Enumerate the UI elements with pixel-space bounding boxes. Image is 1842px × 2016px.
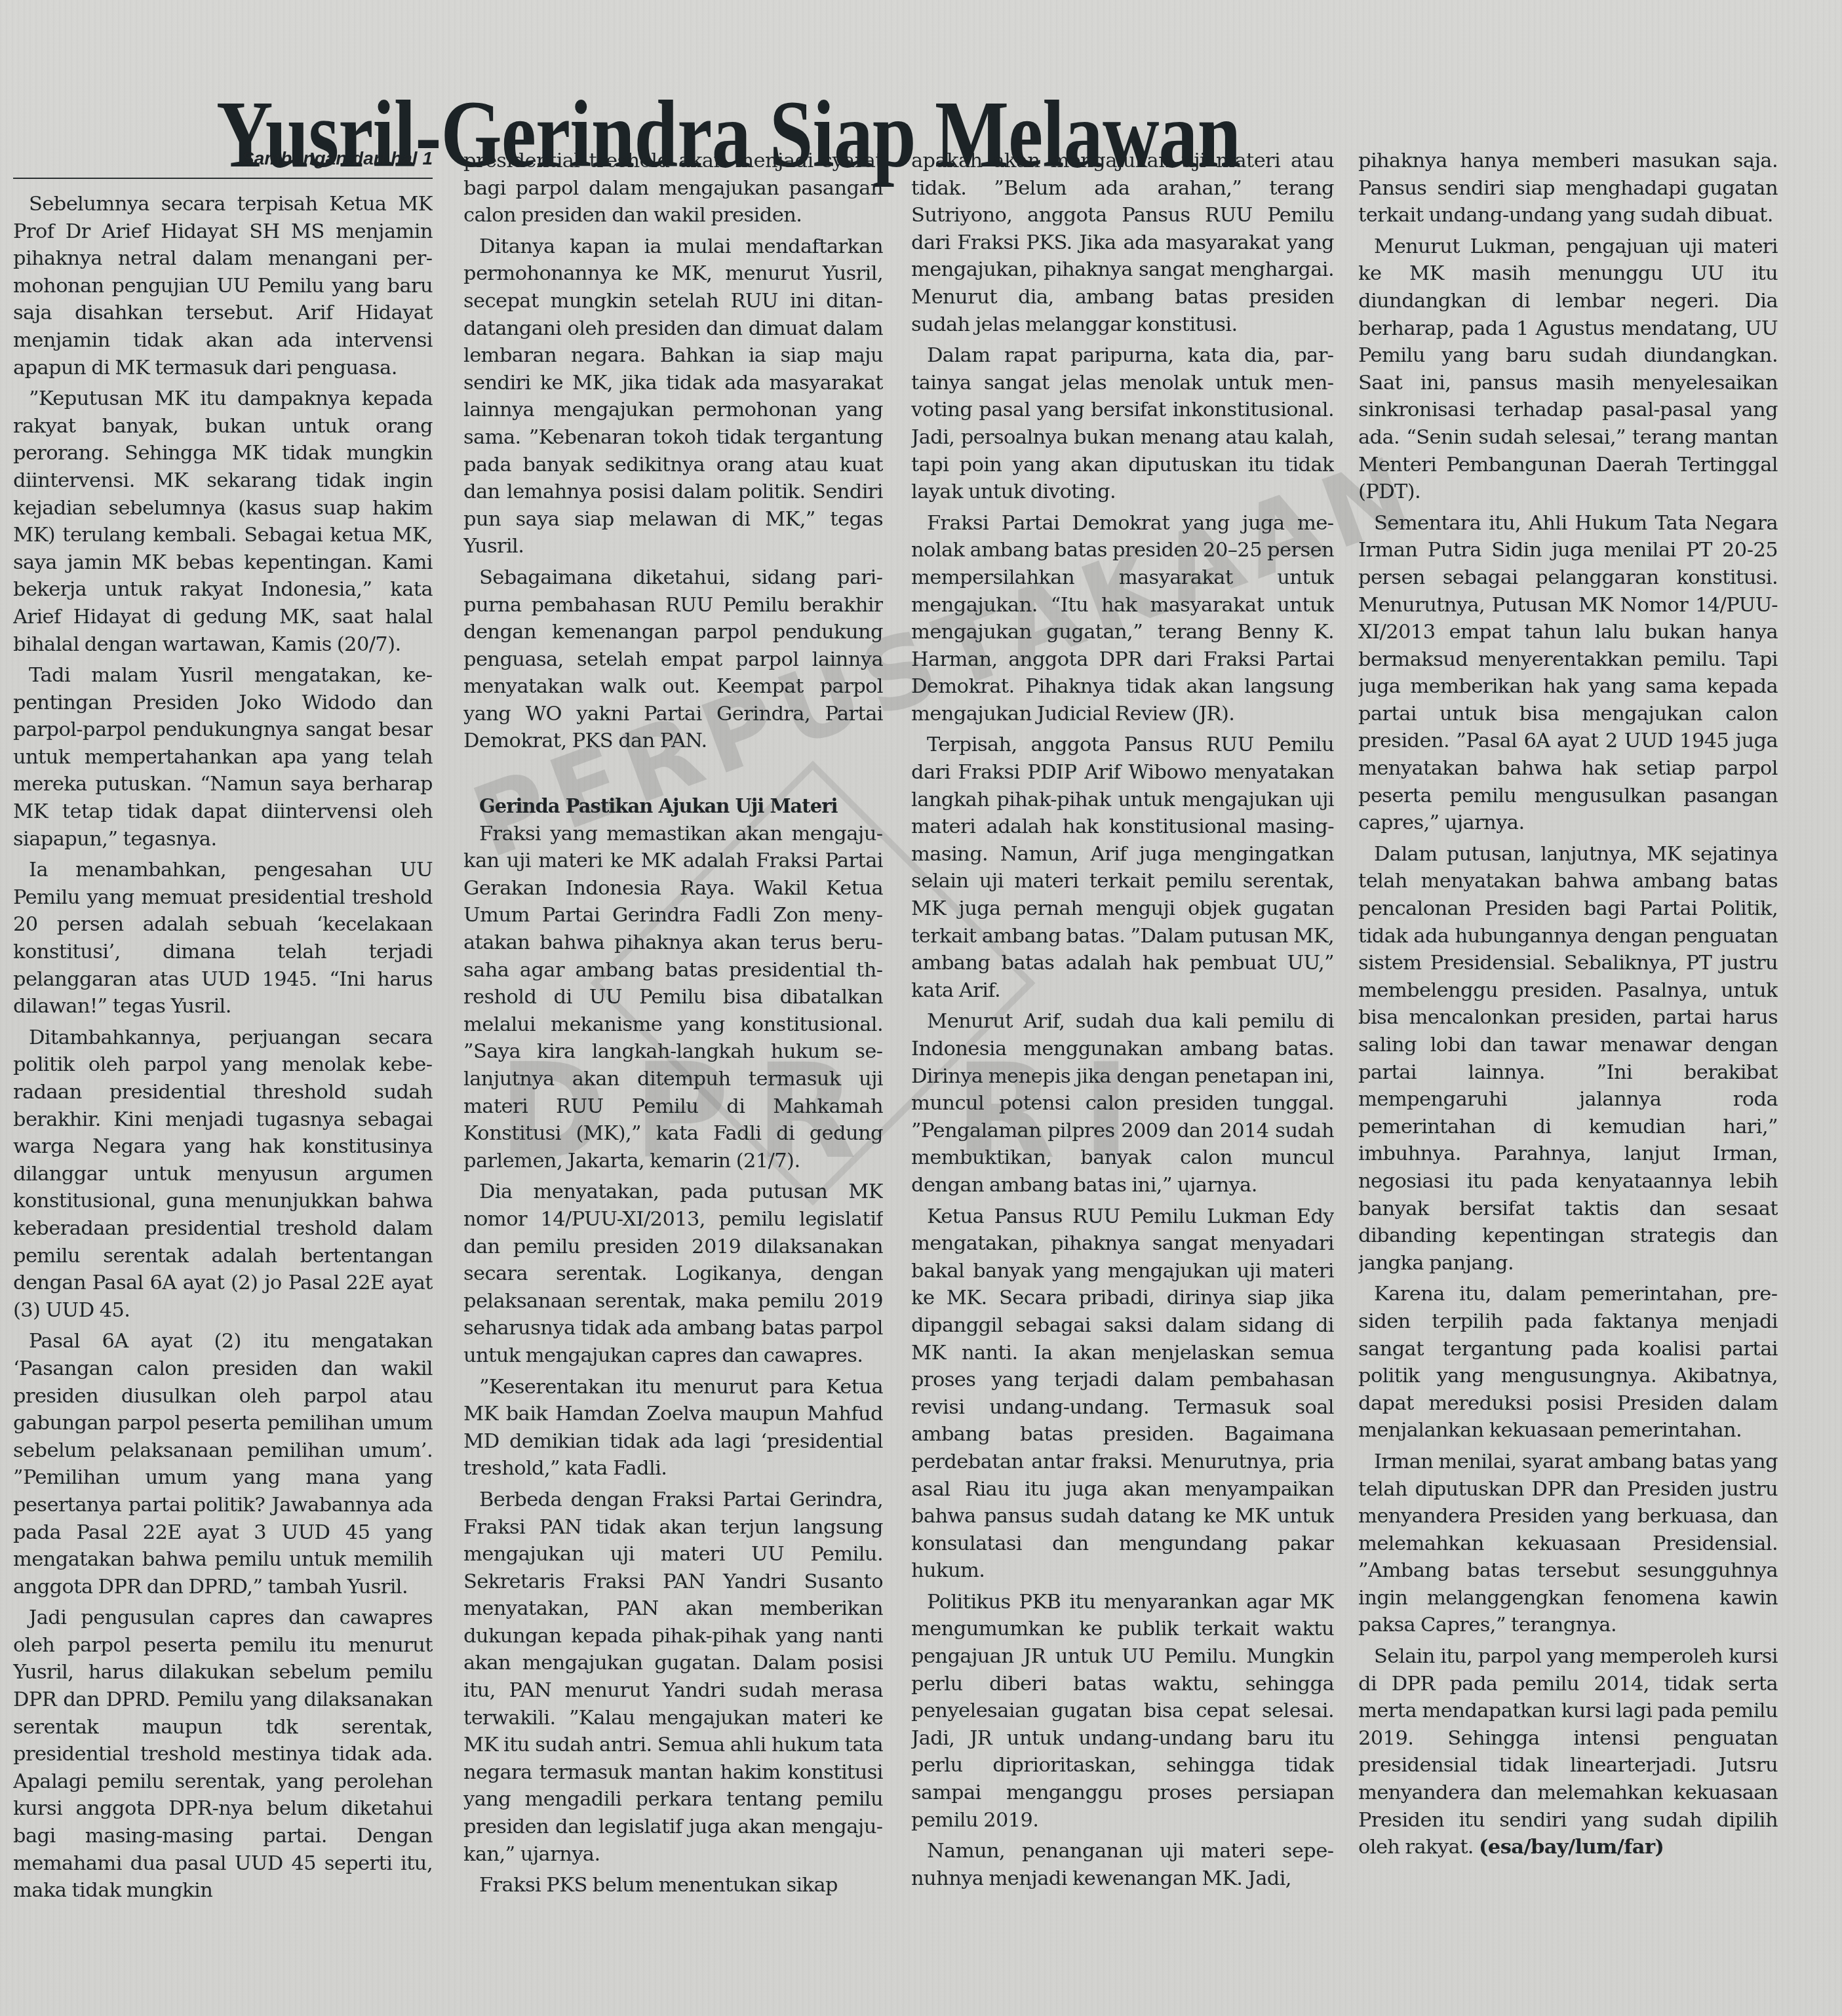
article-body: Sambungan dari hal 1 Sebelumnya secara t… xyxy=(0,147,1842,2016)
column-4: pihaknya hanya memberi masukan saja. Pan… xyxy=(1358,147,1778,2016)
paragraph: Ditanya kapan ia mulai mendaftarkan perm… xyxy=(463,233,883,560)
paragraph: Menurut Arif, sudah dua kali pemilu di I… xyxy=(911,1008,1334,1199)
paragraph: pihaknya hanya memberi masukan saja. Pan… xyxy=(1358,147,1778,229)
paragraph: Dalam putusan, lanjutnya, MK seja­tinya … xyxy=(1358,841,1778,1277)
paragraph: apakah akan mengajukan uji materi atau t… xyxy=(911,147,1334,338)
paragraph: Berbeda dengan Fraksi Partai Gerindra, F… xyxy=(463,1486,883,1868)
paragraph: Irman menilai, syarat ambang batas yang … xyxy=(1358,1448,1778,1639)
paragraph-text: Selain itu, parpol yang memperoleh kursi… xyxy=(1358,1645,1778,1859)
paragraph: Sementara itu, Ahli Hukum Tata Negara Ir… xyxy=(1358,510,1778,837)
continuation-label: Sambungan dari hal 1 xyxy=(13,147,433,179)
paragraph: Selain itu, parpol yang memperoleh kursi… xyxy=(1358,1643,1778,1861)
paragraph: Fraksi yang memastikan akan mengaju­kan … xyxy=(463,821,883,1175)
paragraph: Karena itu, dalam pemerintahan, pre­side… xyxy=(1358,1281,1778,1444)
column-3: apakah akan mengajukan uji materi atau t… xyxy=(911,147,1334,2016)
paragraph: Ketua Pansus RUU Pemilu Lukman Edy menga… xyxy=(911,1203,1334,1585)
paragraph: Ditambahkannya, perjuangan secara politi… xyxy=(13,1024,433,1325)
paragraph: presidential treshold akan menjadi sy­ar… xyxy=(463,147,883,229)
paragraph: ”Keputusan MK itu dampaknya kepa­da raky… xyxy=(13,385,433,658)
paragraph: Tadi malam Yusril mengatakan, ke­penting… xyxy=(13,662,433,853)
paragraph: Menurut Lukman, pengajuan uji ma­teri ke… xyxy=(1358,233,1778,506)
paragraph: Politikus PKB itu menyarankan agar MK me… xyxy=(911,1589,1334,1834)
column-2: presidential treshold akan menjadi sy­ar… xyxy=(463,147,883,2016)
paragraph: Sebagaimana diketahui, sidang pari­purna… xyxy=(463,564,883,755)
paragraph: ”Keserentakan itu menurut para Ketua MK … xyxy=(463,1374,883,1483)
paragraph: Dia menyatakan, pada putusan MK nomor 14… xyxy=(463,1178,883,1369)
paragraph: Fraksi Partai Demokrat yang juga me­nola… xyxy=(911,510,1334,728)
paragraph: Terpisah, anggota Pansus RUU Pemilu dari… xyxy=(911,731,1334,1004)
newspaper-page: PERPUSTAKAAN DPR RI Yusril-Gerindra Siap… xyxy=(0,0,1842,2016)
paragraph: Jadi pengusulan capres dan cawapres oleh… xyxy=(13,1604,433,1905)
column-1: Sambungan dari hal 1 Sebelumnya secara t… xyxy=(13,147,433,2016)
paragraph: Namun, penanganan uji materi sepe­nuhnya… xyxy=(911,1838,1334,1892)
subheading: Gerinda Pastikan Ajukan Uji Materi xyxy=(463,793,883,821)
paragraph: Ia menambahkan, pengesahan UU Pemilu yan… xyxy=(13,857,433,1020)
paragraph: Pasal 6A ayat (2) itu mengatakan ‘Pasang… xyxy=(13,1328,433,1600)
paragraph: Sebelumnya secara terpisah Ketua MK Prof… xyxy=(13,191,433,381)
reporter-byline: (esa/bay/lum/far) xyxy=(1479,1835,1664,1859)
paragraph: Fraksi PKS belum menentukan sikap xyxy=(463,1872,883,1899)
paragraph: Dalam rapat paripurna, kata dia, par­tai… xyxy=(911,342,1334,506)
